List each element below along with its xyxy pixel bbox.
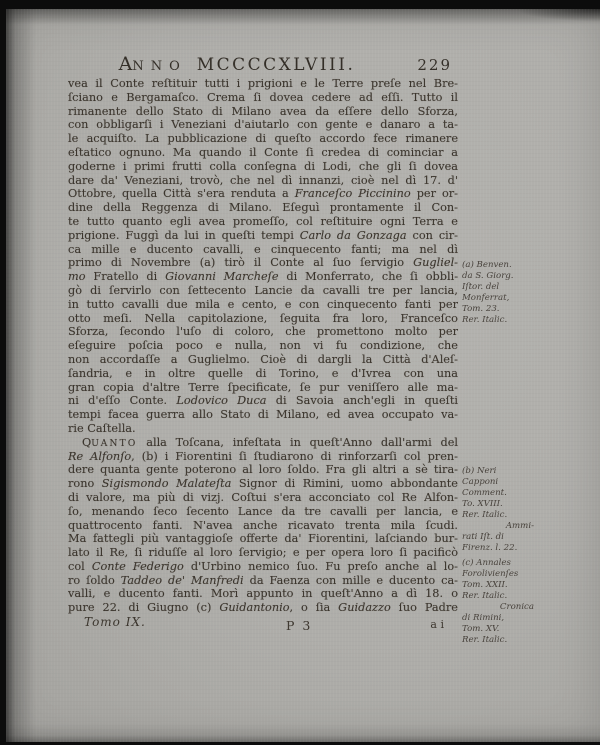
text-segment: ſciano e Bergamaſco. Crema ſi dovea cede… <box>68 91 458 104</box>
text-segment: di Savoia anch'egli in queſti <box>267 394 458 407</box>
italic-text: Carlo da Gonzaga <box>300 229 407 242</box>
text-line: gò di ſervirlo con ſettecento Lancie da … <box>68 284 458 298</box>
text-line: non accordaſſe a Guglielmo. Cioè di darg… <box>68 353 458 367</box>
text-segment: ni d'eſſo Conte. <box>68 394 176 407</box>
text-segment: eſeguire poſcia poco e nulla, non vi fu … <box>68 339 458 352</box>
margin-note-c: (c) AnnalesForolivienſesTom. XXII.Rer. I… <box>462 558 548 646</box>
text-segment: tempi facea guerra allo Stato di Milano,… <box>68 408 458 421</box>
text-segment: d'Urbino nemico ſuo. Fu preſo anche al l… <box>184 560 458 573</box>
text-line: eſeguire poſcia poco e nulla, non vi fu … <box>68 339 458 353</box>
text-segment: rimanente dello Stato di Milano avea da … <box>68 105 458 118</box>
text-line: pure 22. di Giugno (c) Guidantonio, o ſi… <box>68 601 458 615</box>
volume-label: Tomo IX. <box>84 615 146 629</box>
catchword: a i <box>430 618 444 631</box>
margin-note-line: To. XVIII. <box>462 499 548 510</box>
text-segment: ſo, menando ſeco ſecento Lance da tre ca… <box>68 505 458 518</box>
page-paper: ANNOMCCCCXLVIII. 229 vea il Conte reſtit… <box>6 9 600 742</box>
margin-note-b: (b) NeriCapponiComment.To. XVIII.Rer. It… <box>462 466 548 554</box>
italic-text: Giovanni Marcheſe <box>165 270 278 283</box>
text-segment: quattrocento fanti. N'avea anche ricavat… <box>68 519 458 532</box>
signature-mark: P 3 <box>286 618 310 633</box>
margin-note-line: Capponi <box>462 477 548 488</box>
margin-note-line: di Rimini, <box>462 613 548 624</box>
text-line: Ottobre, quella Città s'era renduta a Fr… <box>68 187 458 201</box>
margin-note-line: Rer. Italic. <box>462 315 548 326</box>
margin-note-line: Rer. Italic. <box>462 635 548 646</box>
text-segment: otto meſi. Nella capitolazione, ſeguita … <box>68 312 458 325</box>
text-segment: per or- <box>411 187 458 200</box>
text-segment: Sforza, ſecondo l'uſo di coloro, che pro… <box>68 325 458 338</box>
text-line: QUANTO alla Toſcana, infeſtata in queſt'… <box>68 436 458 450</box>
text-segment: non accordaſſe a Guglielmo. Cioè di darg… <box>68 353 458 366</box>
text-segment: ſandria, e in oltre quelle di Torino, e … <box>68 367 458 380</box>
book-page-photo: ANNOMCCCCXLVIII. 229 vea il Conte reſtit… <box>0 0 600 745</box>
text-segment: , o ſia <box>290 601 339 614</box>
text-line: rono Sigismondo Malateſta Signor di Rimi… <box>68 477 458 491</box>
text-line: di valore, ma più di vizj. Coſtui s'era … <box>68 491 458 505</box>
margin-note-line: Firenz. l. 22. <box>462 543 548 554</box>
body-text: vea il Conte reſtituir tutti i prigioni … <box>68 77 458 615</box>
text-segment: prigione. Fuggì da lui in queſti tempi <box>68 229 300 242</box>
text-line: ca mille e ducento cavalli, e cinquecent… <box>68 243 458 257</box>
text-segment: Fratello di <box>86 270 166 283</box>
year-roman-numeral: MCCCCXLVIII. <box>197 55 356 75</box>
italic-text: Gugliel- <box>413 256 458 269</box>
text-segment: ro ſoldo <box>68 574 121 587</box>
text-segment: goderne i primi frutti colla conſegna di… <box>68 160 458 173</box>
italic-text: Guidazzo <box>338 601 391 614</box>
text-segment: te tutto quanto egli avea promeſſo, col … <box>68 215 458 228</box>
margin-note-line: Forolivienſes <box>462 569 548 580</box>
text-segment: con cir- <box>407 229 458 242</box>
text-line: te tutto quanto egli avea promeſſo, col … <box>68 215 458 229</box>
text-line: ni d'eſſo Conte. Lodovico Duca di Savoia… <box>68 394 458 408</box>
text-line: lato il Re, ſi riduſſe al loro ſervigio;… <box>68 546 458 560</box>
text-line: ro ſoldo Taddeo de' Manfredi da Faenza c… <box>68 574 458 588</box>
text-segment: di Monferrato, che ſi obbli- <box>279 270 458 283</box>
text-line: mo Fratello di Giovanni Marcheſe di Monf… <box>68 270 458 284</box>
text-segment: Ottobre, quella Città s'era renduta a <box>68 187 295 200</box>
margin-note-line: Cronica <box>462 602 548 613</box>
text-line: primo di Novembre (a) tirò il Conte al ſ… <box>68 256 458 270</box>
text-segment: UANTO <box>91 439 137 449</box>
text-line: eſtatico ognuno. Ma quando il Conte ſi c… <box>68 146 458 160</box>
text-segment: dine della Reggenza di Milano. Eſeguì pr… <box>68 201 458 214</box>
text-segment: Q <box>82 436 91 449</box>
margin-note-line: Rer. Italic. <box>462 510 548 521</box>
page-number: 229 <box>417 56 452 74</box>
text-segment: le acquiſto. La pubblicazione di queſto … <box>68 132 458 145</box>
text-segment: gran copia d'altre Terre ſpecificate, ſe… <box>68 381 458 394</box>
text-segment: vea il Conte reſtituir tutti i prigioni … <box>68 77 458 90</box>
text-segment: rie Caſtella. <box>68 422 136 435</box>
text-line: dere quanta gente poterono al loro ſoldo… <box>68 463 458 477</box>
text-segment: primo di Novembre (a) tirò il Conte al ſ… <box>68 256 413 269</box>
text-line: col Conte Federigo d'Urbino nemico ſuo. … <box>68 560 458 574</box>
text-line: goderne i primi frutti colla conſegna di… <box>68 160 458 174</box>
anno-initial: A <box>119 53 133 75</box>
text-segment: col <box>68 560 92 573</box>
text-segment: di valore, ma più di vizj. Coſtui s'era … <box>68 491 458 504</box>
page-footer: Tomo IX. P 3 a i <box>68 615 458 633</box>
text-line: in tutto cavalli due mila e cento, e con… <box>68 298 458 312</box>
italic-text: Re Alfonſo <box>68 450 131 463</box>
margin-note-line: Tom. XXII. <box>462 580 548 591</box>
margin-note-line: (c) Annales <box>462 558 548 569</box>
text-line: quattrocento fanti. N'avea anche ricavat… <box>68 519 458 533</box>
text-line: vea il Conte reſtituir tutti i prigioni … <box>68 77 458 91</box>
text-segment: in tutto cavalli due mila e cento, e con… <box>68 298 458 311</box>
text-segment: dare da' Veneziani, trovò, che nel dì in… <box>68 174 458 187</box>
anno-smallcaps: NNO <box>132 59 186 74</box>
text-segment: lato il Re, ſi riduſſe al loro ſervigio;… <box>68 546 458 559</box>
running-title: ANNOMCCCCXLVIII. <box>62 53 412 75</box>
text-segment: valli, e ducento fanti. Morì appunto in … <box>68 587 458 600</box>
text-line: Ma fattegli più vantaggioſe offerte da' … <box>68 532 458 546</box>
text-segment: , (b) i Fiorentini ſi ſtudiarono di rinf… <box>131 450 458 463</box>
text-segment: ca mille e ducento cavalli, e cinquecent… <box>68 243 458 256</box>
margin-note-line: Tom. XV. <box>462 624 548 635</box>
text-segment: da Faenza con mille e ducento ca- <box>244 574 458 587</box>
margin-note-line: (a) Benven. <box>462 260 548 271</box>
margin-note-line: da S. Giorg. <box>462 271 548 282</box>
text-segment: ſuo Padre <box>391 601 458 614</box>
italic-text: Taddeo de' Manfredi <box>121 574 244 587</box>
text-segment: dere quanta gente poterono al loro ſoldo… <box>68 463 458 476</box>
text-line: prigione. Fuggì da lui in queſti tempi C… <box>68 229 458 243</box>
text-line: Re Alfonſo, (b) i Fiorentini ſi ſtudiaro… <box>68 450 458 464</box>
margin-note-line: Comment. <box>462 488 548 499</box>
text-line: Sforza, ſecondo l'uſo di coloro, che pro… <box>68 325 458 339</box>
text-line: otto meſi. Nella capitolazione, ſeguita … <box>68 312 458 326</box>
text-line: dare da' Veneziani, trovò, che nel dì in… <box>68 174 458 188</box>
text-segment: con obbligarſi i Veneziani d'aiutarlo co… <box>68 118 458 131</box>
text-segment: alla Toſcana, infeſtata in queſt'Anno da… <box>137 436 458 449</box>
text-line: con obbligarſi i Veneziani d'aiutarlo co… <box>68 118 458 132</box>
margin-note-line: Iſtor. del <box>462 282 548 293</box>
margin-note-line: Tom. 23. <box>462 304 548 315</box>
margin-note-line: Rer. Italic. <box>462 591 548 602</box>
margin-note-line: (b) Neri <box>462 466 548 477</box>
italic-text: Sigismondo Malateſta <box>102 477 232 490</box>
text-line: dine della Reggenza di Milano. Eſeguì pr… <box>68 201 458 215</box>
italic-text: Guidantonio <box>219 601 289 614</box>
italic-text: Lodovico Duca <box>176 394 266 407</box>
text-line: rie Caſtella. <box>68 422 458 436</box>
italic-text: mo <box>68 270 86 283</box>
text-segment: pure 22. di Giugno (c) <box>68 601 219 614</box>
text-line: ſandria, e in oltre quelle di Torino, e … <box>68 367 458 381</box>
text-segment: Ma fattegli più vantaggioſe offerte da' … <box>68 532 458 545</box>
margin-note-a: (a) Benven.da S. Giorg.Iſtor. delMonferr… <box>462 260 548 326</box>
text-line: le acquiſto. La pubblicazione di queſto … <box>68 132 458 146</box>
text-segment: gò di ſervirlo con ſettecento Lancie da … <box>68 284 458 297</box>
margin-note-line: Ammi- <box>462 521 548 532</box>
text-line: valli, e ducento fanti. Morì appunto in … <box>68 587 458 601</box>
text-line: gran copia d'altre Terre ſpecificate, ſe… <box>68 381 458 395</box>
italic-text: Franceſco Piccinino <box>295 187 411 200</box>
text-segment: Signor di Rimini, uomo abbondante <box>231 477 458 490</box>
text-line: ſo, menando ſeco ſecento Lance da tre ca… <box>68 505 458 519</box>
text-line: tempi facea guerra allo Stato di Milano,… <box>68 408 458 422</box>
page-header: ANNOMCCCCXLVIII. 229 <box>62 53 452 79</box>
margin-note-line: Monferrat, <box>462 293 548 304</box>
text-segment: eſtatico ognuno. Ma quando il Conte ſi c… <box>68 146 458 159</box>
text-segment: rono <box>68 477 102 490</box>
text-line: rimanente dello Stato di Milano avea da … <box>68 105 458 119</box>
text-line: ſciano e Bergamaſco. Crema ſi dovea cede… <box>68 91 458 105</box>
italic-text: Conte Federigo <box>92 560 184 573</box>
margin-note-line: rati Iſt. di <box>462 532 548 543</box>
